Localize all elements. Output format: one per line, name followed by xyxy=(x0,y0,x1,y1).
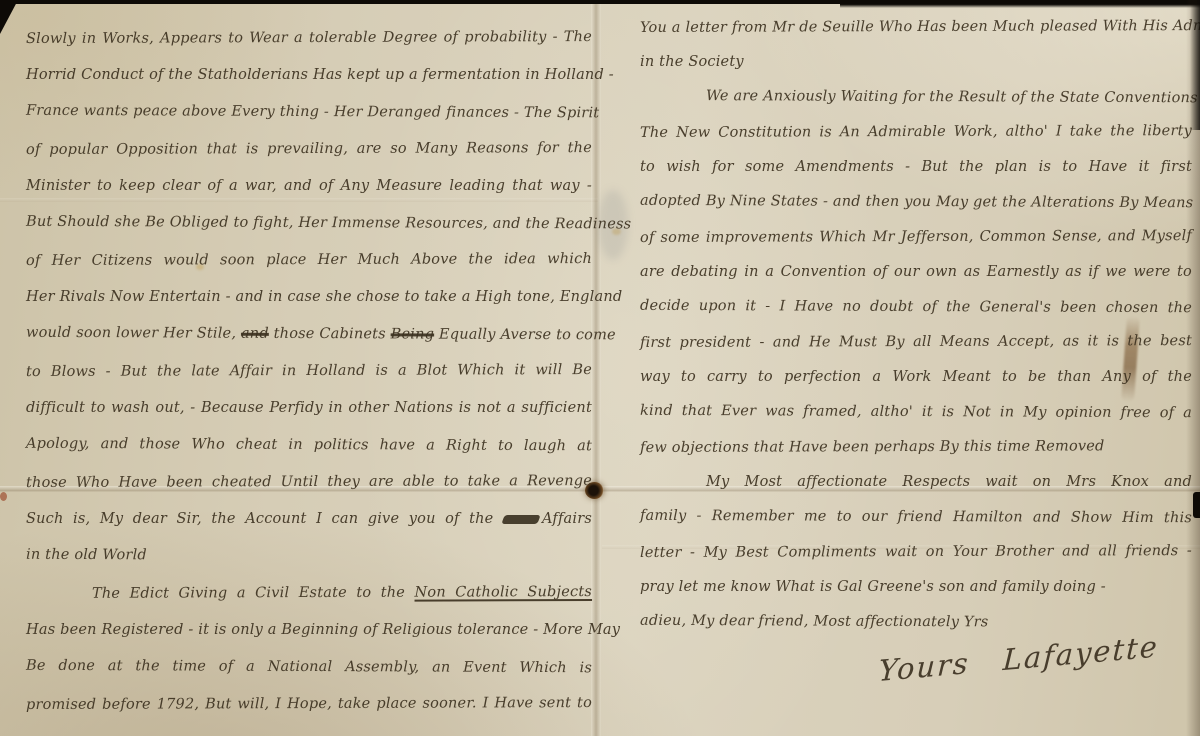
letter-line: few objections that Have been perhaps By… xyxy=(640,429,1192,466)
text-segment: those Who Have been cheated Until they a… xyxy=(26,473,592,491)
letter-line: in the Society xyxy=(640,45,1192,80)
text-segment: in the old World xyxy=(26,547,147,564)
letter-line: of Her Citizens would soon place Her Muc… xyxy=(26,241,592,280)
text-segment: adieu, My dear friend, Most affectionate… xyxy=(640,613,989,631)
letter-line: The New Constitution is An Admirable Wor… xyxy=(640,114,1192,151)
letter-line: France wants peace above Every thing - H… xyxy=(26,93,592,132)
letter-line: are debating in a Convention of our own … xyxy=(640,255,1192,290)
letter-line: decide upon it - I Have no doubt of the … xyxy=(640,289,1192,326)
letter-line: kind that Ever was framed, altho' it is … xyxy=(640,394,1192,431)
text-segment: family - Remember me to our friend Hamil… xyxy=(640,508,1192,526)
letter-line: adopted By Nine States - and then you Ma… xyxy=(640,184,1192,221)
text-segment: few objections that Have been perhaps By… xyxy=(640,438,1105,456)
text-segment: in the Society xyxy=(640,54,744,70)
text-segment: those Cabinets xyxy=(269,326,391,343)
letter-line: Slowly in Works, Appears to Wear a toler… xyxy=(26,19,592,58)
text-segment: difficult to wash out, - Because Perfidy… xyxy=(26,400,592,416)
struck-text: and xyxy=(241,326,269,342)
text-segment: first president - and He Must By all Mea… xyxy=(640,333,1192,351)
letter-line: would soon lower Her Stile, and those Ca… xyxy=(26,315,592,354)
text-segment: Has been Registered - it is only a Begin… xyxy=(26,622,620,638)
text-segment: letter - My Best Compliments wait on You… xyxy=(640,543,1192,561)
text-segment: Affairs xyxy=(542,511,592,527)
letter-line: those Who Have been cheated Until they a… xyxy=(26,463,592,502)
top-left-corner-shadow xyxy=(0,0,18,34)
letter-line: in the old World xyxy=(26,537,592,576)
letter-line: Has been Registered - it is only a Begin… xyxy=(26,612,592,649)
letter-line: first president - and He Must By all Mea… xyxy=(640,324,1192,361)
text-segment: Apology, and those Who cheat in politics… xyxy=(26,436,592,454)
letter-line: Such is, My dear Sir, the Account I can … xyxy=(26,501,592,538)
struck-text: Being xyxy=(391,326,435,342)
letter-line: Her Rivals Now Entertain - and in case s… xyxy=(26,279,592,316)
letter-line: to wish for some Amendments - But the pl… xyxy=(640,150,1192,185)
letter-line: The Edict Giving a Civil Estate to the N… xyxy=(26,574,592,613)
letter-line: pray let me know What is Gal Greene's so… xyxy=(640,570,1192,605)
letter-line: difficult to wash out, - Because Perfidy… xyxy=(26,390,592,427)
letter-line: letter - My Best Compliments wait on You… xyxy=(640,534,1192,571)
left-page-text: Slowly in Works, Appears to Wear a toler… xyxy=(26,20,592,723)
letter-line: of some improvements Which Mr Jefferson,… xyxy=(640,219,1192,256)
letter-line: family - Remember me to our friend Hamil… xyxy=(640,499,1192,536)
text-segment: You a letter from Mr de Seuille Who Has … xyxy=(640,18,1200,36)
letter-line: We are Anxiously Waiting for the Result … xyxy=(640,79,1192,116)
top-right-edge-shadow xyxy=(840,0,1200,8)
underlined-text: Non Catholic Subjects xyxy=(414,584,592,601)
text-segment: of popular Opposition that is prevailing… xyxy=(26,140,592,158)
letter-line: way to carry to perfection a Work Meant … xyxy=(640,360,1192,395)
text-segment: My Most affectionate Respects wait on Mr… xyxy=(706,474,1192,490)
text-segment: to Blows - But the late Affair in Hollan… xyxy=(26,362,592,380)
letter-line: Minister to keep clear of a war, and of … xyxy=(26,168,592,205)
right-edge-notch xyxy=(1193,492,1200,518)
text-segment: pray let me know What is Gal Greene's so… xyxy=(640,579,1106,595)
text-segment: way to carry to perfection a Work Meant … xyxy=(640,369,1192,385)
text-segment: The New Constitution is An Admirable Wor… xyxy=(640,123,1192,141)
letter-line: Apology, and those Who cheat in politics… xyxy=(26,426,592,465)
letter-line: of popular Opposition that is prevailing… xyxy=(26,130,592,169)
text-segment: to wish for some Amendments - But the pl… xyxy=(640,159,1192,175)
text-segment: We are Anxiously Waiting for the Result … xyxy=(706,88,1200,106)
right-edge-dark-band xyxy=(1190,0,1200,130)
text-segment: The Edict Giving a Civil Estate to the xyxy=(92,585,415,602)
letter-line: to Blows - But the late Affair in Hollan… xyxy=(26,352,592,391)
text-segment: would soon lower Her Stile, xyxy=(26,325,241,342)
text-segment: of Her Citizens would soon place Her Muc… xyxy=(26,251,592,269)
text-segment: of some improvements Which Mr Jefferson,… xyxy=(640,228,1192,246)
letter-line: My Most affectionate Respects wait on Mr… xyxy=(640,465,1192,500)
text-segment: Slowly in Works, Appears to Wear a toler… xyxy=(26,29,592,47)
text-segment: kind that Ever was framed, altho' it is … xyxy=(640,403,1192,421)
letter-line: Be done at the time of a National Assemb… xyxy=(26,648,592,687)
text-segment: France wants peace above Every thing - H… xyxy=(26,103,599,122)
letter-line: But Should she Be Obliged to fight, Her … xyxy=(26,204,592,243)
text-segment: But Should she Be Obliged to fight, Her … xyxy=(26,214,631,233)
letter-line: Horrid Conduct of the Statholderians Has… xyxy=(26,57,592,94)
text-segment: adopted By Nine States - and then you Ma… xyxy=(640,193,1193,211)
letter-line: promised before 1792, But will, I Hope, … xyxy=(26,685,592,724)
text-segment: promised before 1792, But will, I Hope, … xyxy=(26,695,592,713)
text-segment: Such is, My dear Sir, the Account I can … xyxy=(26,511,503,527)
letter-line: You a letter from Mr de Seuille Who Has … xyxy=(640,9,1192,46)
text-segment: are debating in a Convention of our own … xyxy=(640,264,1192,280)
text-segment: Her Rivals Now Entertain - and in case s… xyxy=(26,289,622,305)
text-segment: Be done at the time of a National Assemb… xyxy=(26,658,592,676)
scribble-mark xyxy=(501,515,540,524)
letter-scan: Slowly in Works, Appears to Wear a toler… xyxy=(0,0,1200,736)
text-segment: Minister to keep clear of a war, and of … xyxy=(26,178,592,194)
right-page-text: You a letter from Mr de Seuille Who Has … xyxy=(640,10,1192,640)
text-segment: Horrid Conduct of the Statholderians Has… xyxy=(26,67,614,83)
text-segment: decide upon it - I Have no doubt of the … xyxy=(640,298,1192,316)
text-segment: Equally Averse to come xyxy=(434,327,616,344)
foxing-spot xyxy=(0,492,7,501)
